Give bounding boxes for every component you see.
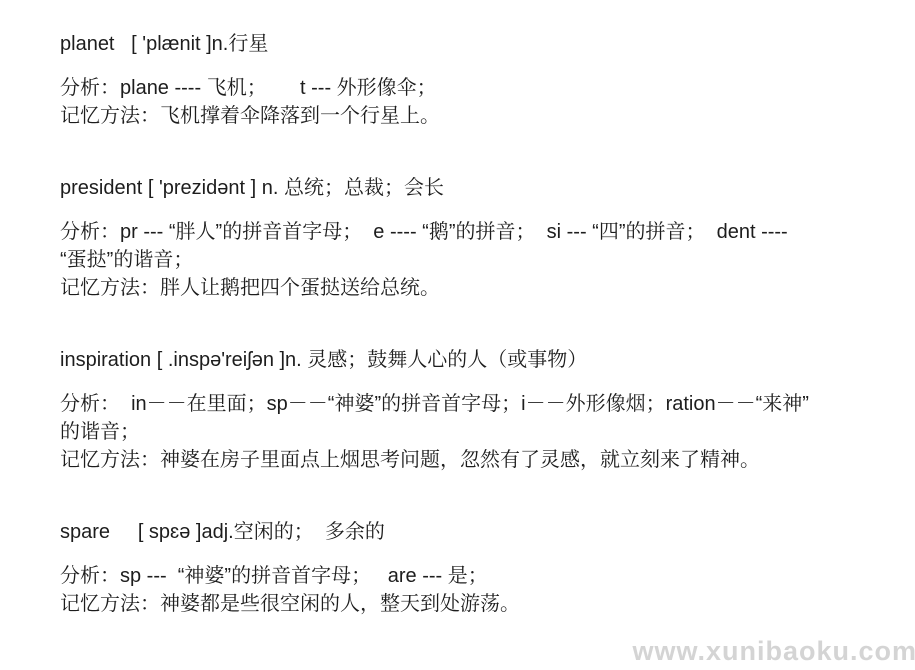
entry-header: planet [ 'plænit ]n.行星 — [60, 30, 915, 58]
analysis-line: 分析：plane ---- 飞机； t --- 外形像伞； — [60, 74, 915, 102]
analysis-line: 分析： in－－在里面；sp－－“神婆”的拼音首字母；i－－外形像烟；ratio… — [60, 390, 915, 418]
entry-body: 分析： in－－在里面；sp－－“神婆”的拼音首字母；i－－外形像烟；ratio… — [60, 390, 915, 474]
entry-header: spare [ spɛə ]adj.空闲的； 多余的 — [60, 518, 915, 546]
memory-method-line: 记忆方法：胖人让鹅把四个蛋挞送给总统。 — [60, 274, 915, 302]
vocab-entry-inspiration: inspiration [ .inspə'reiʃən ]n. 灵感；鼓舞人心的… — [60, 346, 915, 474]
entry-header: president [ 'prezidənt ] n. 总统；总裁；会长 — [60, 174, 915, 202]
analysis-line: 分析：pr --- “胖人”的拼音首字母； e ---- “鹅”的拼音； si … — [60, 218, 915, 246]
entry-body: 分析：pr --- “胖人”的拼音首字母； e ---- “鹅”的拼音； si … — [60, 218, 915, 302]
memory-method-line: 记忆方法：神婆都是些很空闲的人，整天到处游荡。 — [60, 590, 915, 618]
analysis-line-continued: “蛋挞”的谐音； — [60, 246, 915, 274]
site-watermark: www.xunibaoku.com — [632, 636, 915, 667]
entry-header: inspiration [ .inspə'reiʃən ]n. 灵感；鼓舞人心的… — [60, 346, 915, 374]
analysis-line: 分析：sp --- “神婆”的拼音首字母； are --- 是； — [60, 562, 915, 590]
vocab-entry-spare: spare [ spɛə ]adj.空闲的； 多余的 分析：sp --- “神婆… — [60, 518, 915, 618]
vocab-entry-president: president [ 'prezidənt ] n. 总统；总裁；会长 分析：… — [60, 174, 915, 302]
entry-body: 分析：plane ---- 飞机； t --- 外形像伞； 记忆方法：飞机撑着伞… — [60, 74, 915, 130]
document-content: planet [ 'plænit ]n.行星 分析：plane ---- 飞机；… — [60, 30, 915, 618]
analysis-line-continued: 的谐音； — [60, 418, 915, 446]
entry-body: 分析：sp --- “神婆”的拼音首字母； are --- 是； 记忆方法：神婆… — [60, 562, 915, 618]
vocab-entry-planet: planet [ 'plænit ]n.行星 分析：plane ---- 飞机；… — [60, 30, 915, 130]
memory-method-line: 记忆方法：飞机撑着伞降落到一个行星上。 — [60, 102, 915, 130]
memory-method-line: 记忆方法：神婆在房子里面点上烟思考问题，忽然有了灵感，就立刻来了精神。 — [60, 446, 915, 474]
